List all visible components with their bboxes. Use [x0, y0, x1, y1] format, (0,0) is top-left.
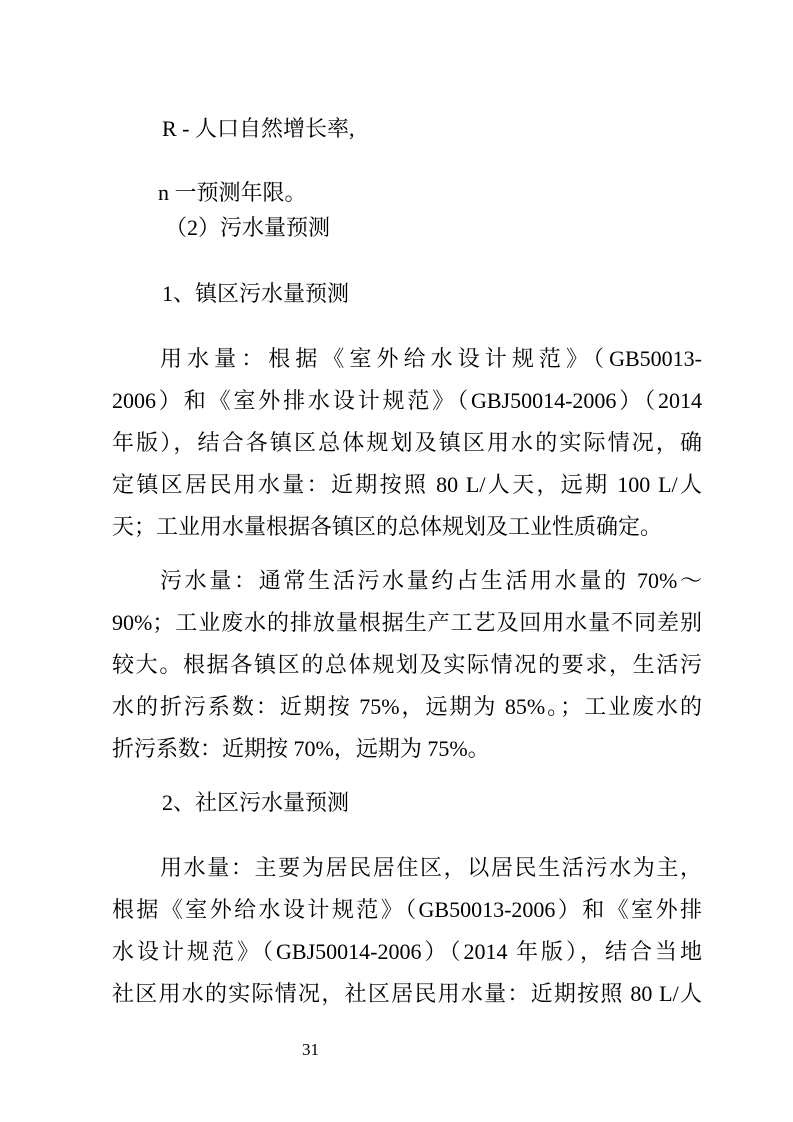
paragraph-line: 定镇区居民用水量：近期按照 80 L/人天，远期 100 L/人	[112, 464, 702, 506]
paragraph-line: 用水量：根据《室外给水设计规范》（GB50013-	[112, 338, 702, 380]
heading-community-sewage-forecast: 2、社区污水量预测	[112, 782, 702, 824]
paragraph-line: 根据《室外给水设计规范》（GB50013-2006）和《室外排	[112, 889, 702, 931]
paragraph-line: 用水量：主要为居民居住区，以居民生活污水为主，	[112, 847, 702, 889]
paragraph-town-water: 用水量：根据《室外给水设计规范》（GB50013- 2006）和《室外排水设计规…	[112, 338, 702, 548]
paragraph-line: 社区用水的实际情况，社区居民用水量：近期按照 80 L/人	[112, 973, 702, 1015]
paragraph-line: 水的折污系数：近期按 75%，远期为 85%。；工业废水的	[112, 686, 702, 728]
paragraph-line: 天；工业用水量根据各镇区的总体规划及工业性质确定。	[112, 506, 702, 548]
paragraph-line: 污水量：通常生活污水量约占生活用水量的 70%～	[112, 560, 702, 602]
document-page: R - 人口自然增长率, n 一预测年限。 （2）污水量预测 1、镇区污水量预测…	[0, 0, 793, 1122]
formula-legend-line-r: R - 人口自然增长率,	[112, 108, 702, 150]
paragraph-line: 90%；工业废水的排放量根据生产工艺及回用水量不同差别	[112, 602, 702, 644]
paragraph-line: 较大。根据各镇区的总体规划及实际情况的要求，生活污	[112, 644, 702, 686]
page-number: 31	[302, 1039, 319, 1061]
heading-sewage-forecast: （2）污水量预测	[112, 207, 702, 249]
paragraph-community-water: 用水量：主要为居民居住区，以居民生活污水为主， 根据《室外给水设计规范》（GB5…	[112, 847, 702, 1015]
paragraph-line: 2006）和《室外排水设计规范》（GBJ50014-2006）（2014	[112, 380, 702, 422]
paragraph-sewage-volume: 污水量：通常生活污水量约占生活用水量的 70%～ 90%；工业废水的排放量根据生…	[112, 560, 702, 770]
paragraph-line: 年版），结合各镇区总体规划及镇区用水的实际情况，确	[112, 422, 702, 464]
heading-town-sewage-forecast: 1、镇区污水量预测	[112, 273, 702, 315]
paragraph-line: 水设计规范》（GBJ50014-2006）（2014 年版），结合当地	[112, 931, 702, 973]
paragraph-line: 折污系数：近期按 70%，远期为 75%。	[112, 728, 702, 770]
